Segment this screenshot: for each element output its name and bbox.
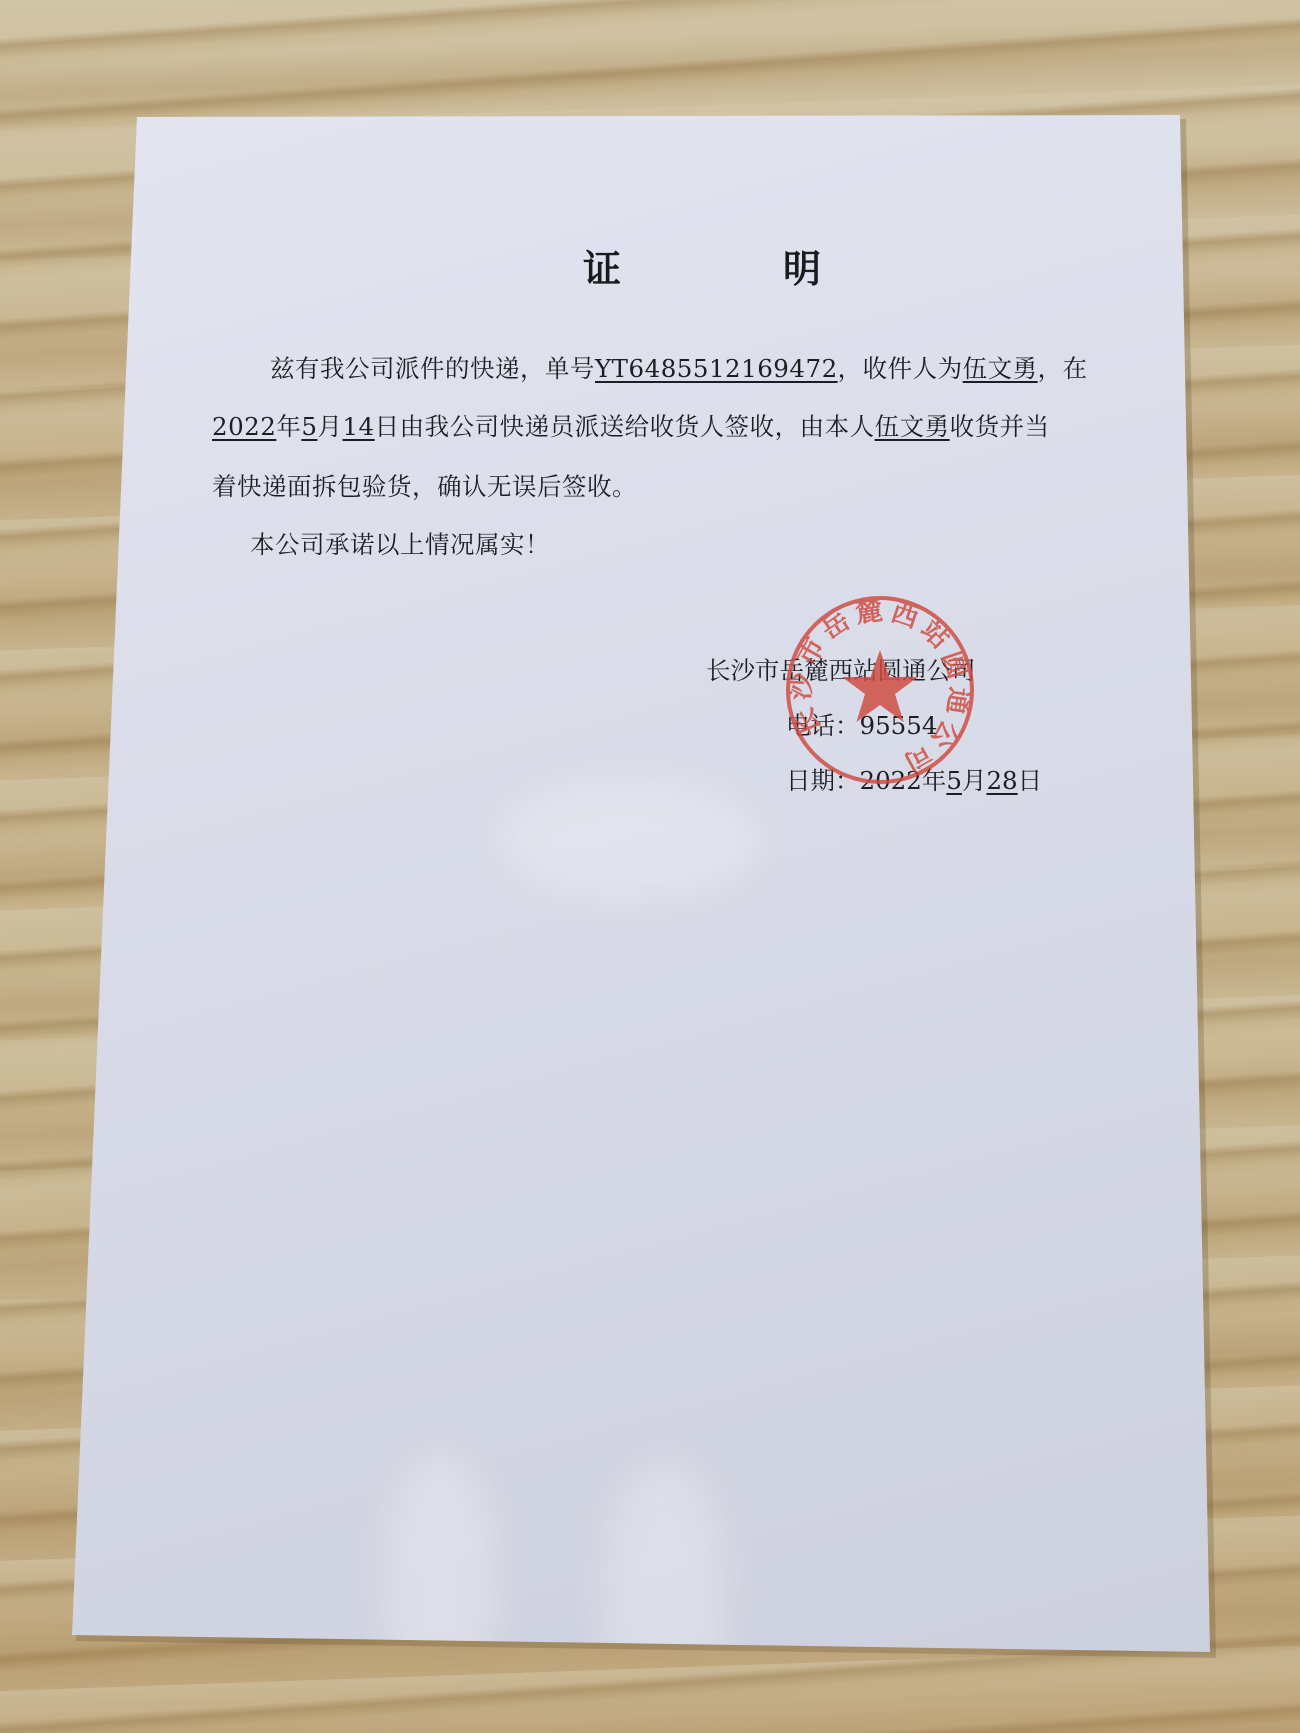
body-text: 日由我公司快递员派送给收货人签收，由本人 [375,412,875,441]
body-line-3: 着快递面拆包验货，确认无误后签收。 [212,468,637,503]
delivery-year: 2022 [212,412,276,441]
delivery-day: 14 [342,412,374,441]
body-text: ，收件人为 [838,354,963,383]
body-text: 收货并当 [950,412,1050,441]
commitment-statement: 本公司承诺以上情况属实！ [250,526,550,561]
date-day: 28 [986,766,1017,795]
body-text: ，在 [1038,354,1088,383]
star-icon [842,650,918,722]
body-text: 兹有我公司派件的快递，单号 [270,354,595,383]
recipient-name: 伍文勇 [963,354,1038,383]
paper-crease [500,780,760,900]
recipient-name: 伍文勇 [875,412,950,441]
body-text: 月 [317,412,342,441]
delivery-month: 5 [301,412,317,441]
document-title: 证 明 [583,238,883,293]
company-seal-stamp: 长沙市岳麓西站圆通公司 [782,592,978,788]
body-line-1: 兹有我公司派件的快递，单号YT6485512169472，收件人为伍文勇，在 [270,350,1088,385]
body-text: 年 [276,412,301,441]
body-line-2: 2022年5月14日由我公司快递员派送给收货人签收，由本人伍文勇收货并当 [212,408,1050,443]
tracking-number: YT6485512169472 [595,354,838,383]
date-text: 日 [1018,766,1043,795]
